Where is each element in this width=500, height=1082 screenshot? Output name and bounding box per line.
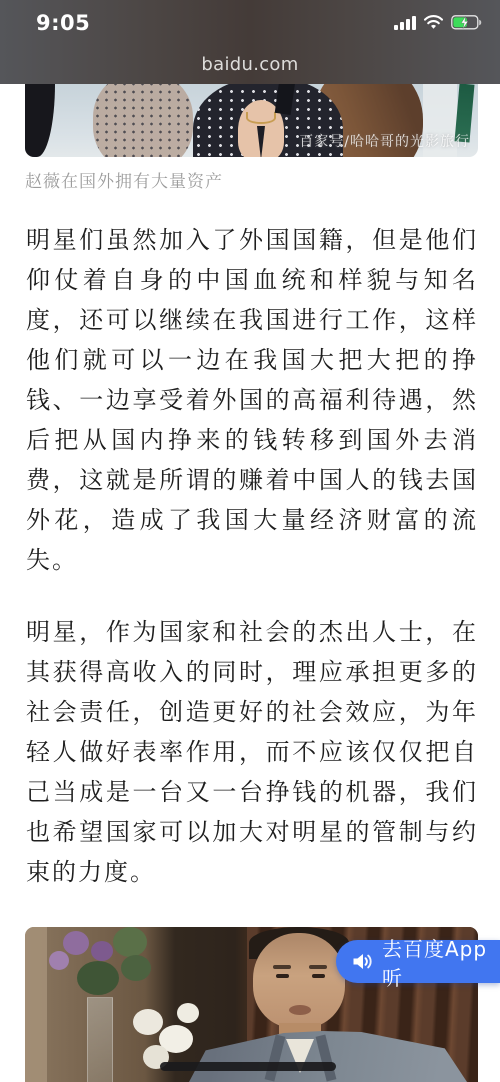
battery-charging-icon <box>451 15 482 30</box>
wifi-icon <box>423 15 444 30</box>
hero-necklace <box>246 112 276 124</box>
listen-in-baidu-app-button[interactable]: 去百度App听 <box>336 940 500 983</box>
flower-greenery <box>121 955 151 981</box>
cellular-signal-icon <box>394 16 416 30</box>
video-progress-bar[interactable] <box>160 1062 336 1071</box>
man-eye <box>276 974 289 978</box>
mobile-browser-page: 9:05 baidu.com <box>0 0 500 1082</box>
white-orchid <box>177 1003 199 1023</box>
browser-url-bar[interactable]: baidu.com <box>0 44 500 84</box>
flower-purple <box>63 931 89 955</box>
image-caption: 赵薇在国外拥有大量资产 <box>25 167 223 192</box>
speaker-icon <box>352 952 373 971</box>
hero-watermark: 百家号/哈哈哥的光影旅行 <box>299 131 470 151</box>
hero-sheer-sleeve <box>93 84 193 157</box>
article-paragraph-2: 明星，作为国家和社会的杰出人士，在其获得高收入的同时，理应承担更多的社会责任，创… <box>26 612 478 892</box>
browser-top-chrome: 9:05 baidu.com <box>0 0 500 84</box>
flower-purple <box>49 951 69 970</box>
glass-vase <box>87 997 113 1082</box>
man-mouth <box>289 1005 311 1015</box>
article-paragraph-1: 明星们虽然加入了外国国籍，但是他们仰仗着自身的中国血统和样貌与知名度，还可以继续… <box>26 220 478 580</box>
man-eyebrow <box>309 965 327 969</box>
clock-time: 9:05 <box>36 11 90 35</box>
url-text: baidu.com <box>201 54 298 75</box>
listen-button-label: 去百度App听 <box>382 933 500 991</box>
flower-greenery <box>113 927 147 957</box>
status-icons <box>394 15 482 30</box>
man-eye <box>312 974 325 978</box>
video-left-light-edge <box>25 927 47 1082</box>
flower-purple <box>91 941 113 961</box>
hero-image-zhaowei[interactable]: 百家号/哈哈哥的光影旅行 <box>25 84 478 157</box>
hero-left-shoulder-shape <box>25 84 55 157</box>
status-bar: 9:05 <box>0 0 500 44</box>
white-orchid <box>133 1009 163 1035</box>
man-eyebrow <box>273 965 291 969</box>
flower-greenery <box>77 961 119 995</box>
